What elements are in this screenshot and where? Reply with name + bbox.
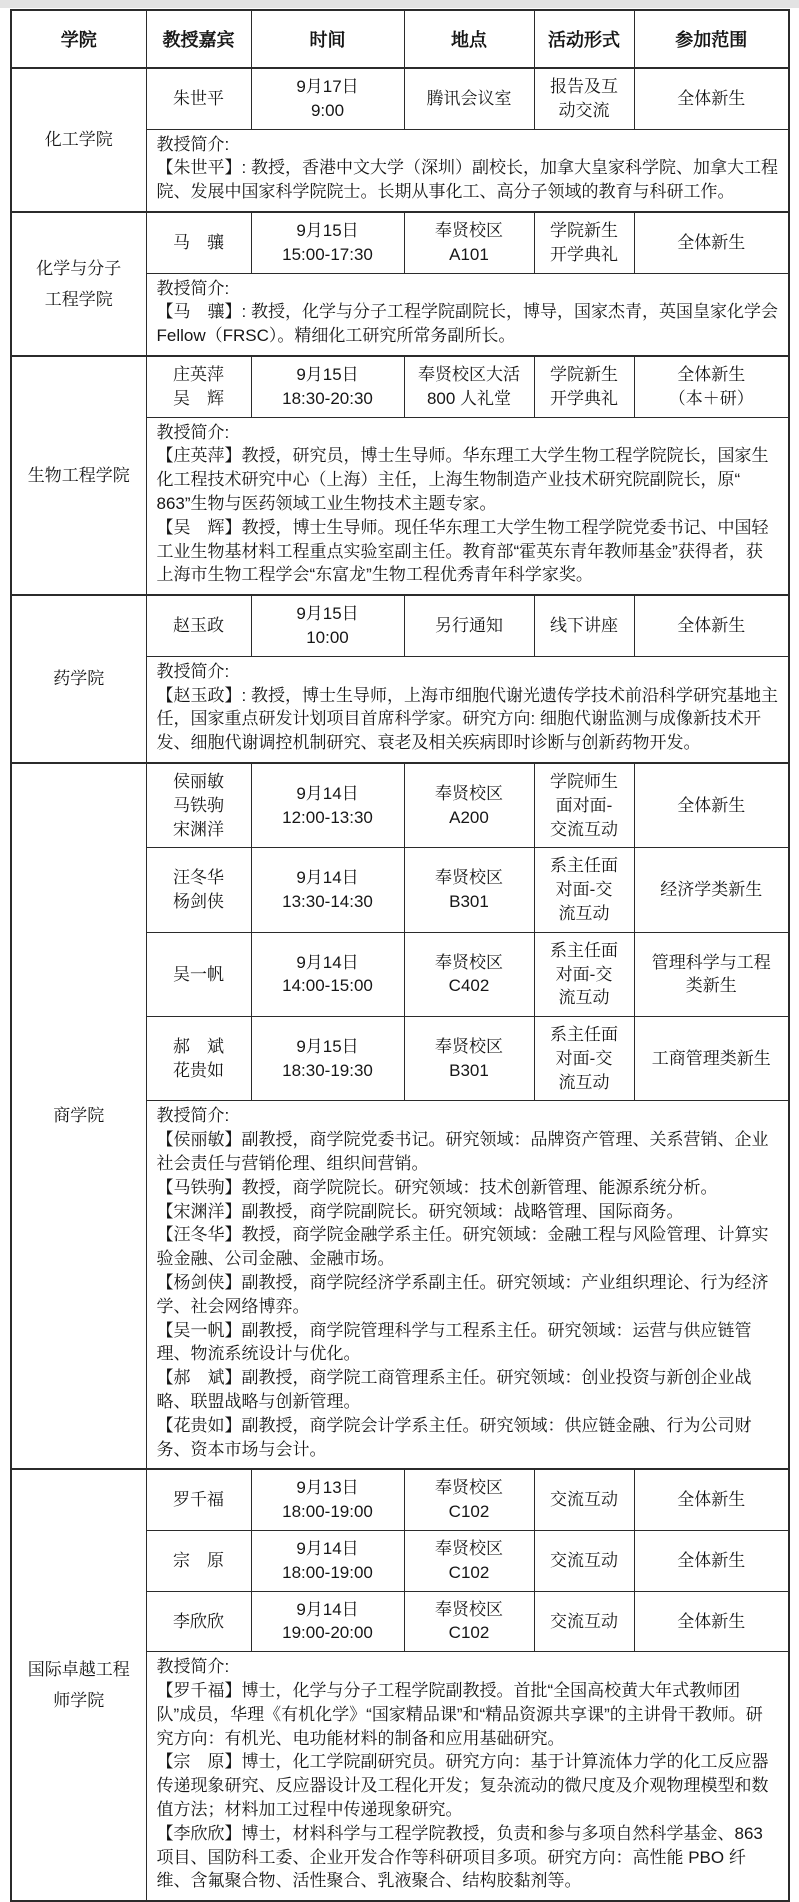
bio-label: 教授简介: [157, 660, 779, 684]
event-row: 国际卓越工程 师学院罗千福9月13日 18:00-19:00奉贤校区 C102交… [11, 1469, 789, 1530]
format-cell: 学院新生 开学典礼 [534, 356, 634, 417]
bio-paragraph: 【宗 原】博士，化工学院副研究员。研究方向：基于计算流体力学的化工反应器传递现象… [157, 1750, 779, 1821]
bio-paragraph: 【宋渊洋】副教授，商学院副院长。研究领域：战略管理、国际商务。 [157, 1200, 779, 1224]
location-cell: 奉贤校区 C102 [404, 1591, 534, 1652]
scope-cell: 全体新生 [634, 1469, 789, 1530]
bio-paragraph: 【庄英萍】教授，研究员，博士生导师。华东理工大学生物工程学院院长，国家生化工程技… [157, 444, 779, 515]
scope-cell: 全体新生 [634, 1591, 789, 1652]
college-cell: 化学与分子 工程学院 [11, 212, 146, 356]
scope-cell: 全体新生 （本＋研） [634, 356, 789, 417]
header-college: 学院 [11, 10, 146, 68]
format-cell: 交流互动 [534, 1591, 634, 1652]
location-cell: 奉贤校区 A101 [404, 212, 534, 273]
bio-label: 教授简介: [157, 421, 779, 445]
bio-label: 教授简介: [157, 1655, 779, 1679]
bio-paragraph: 【杨剑侠】副教授，商学院经济学系副主任。研究领域：产业组织理论、行为经济学、社会… [157, 1271, 779, 1319]
format-cell: 线下讲座 [534, 595, 634, 656]
scope-cell: 工商管理类新生 [634, 1017, 789, 1101]
format-cell: 系主任面 对面-交 流互动 [534, 1017, 634, 1101]
college-cell: 化工学院 [11, 68, 146, 212]
format-cell: 报告及互 动交流 [534, 68, 634, 129]
professor-cell: 马 骧 [146, 212, 251, 273]
format-cell: 学院新生 开学典礼 [534, 212, 634, 273]
format-cell: 学院师生 面对面- 交流互动 [534, 763, 634, 848]
time-cell: 9月14日 13:30-14:30 [251, 848, 404, 932]
college-cell: 商学院 [11, 763, 146, 1470]
time-cell: 9月14日 14:00-15:00 [251, 932, 404, 1016]
header-location: 地点 [404, 10, 534, 68]
professor-cell: 宗 原 [146, 1531, 251, 1592]
time-cell: 9月13日 18:00-19:00 [251, 1469, 404, 1530]
college-cell: 药学院 [11, 595, 146, 763]
format-cell: 交流互动 [534, 1531, 634, 1592]
professor-cell: 庄英萍 吴 辉 [146, 356, 251, 417]
college-cell: 生物工程学院 [11, 356, 146, 595]
bio-paragraph: 【花贵如】副教授，商学院会计学系主任。研究领域：供应链金融、行为公司财务、资本市… [157, 1414, 779, 1462]
scope-cell: 全体新生 [634, 763, 789, 848]
bio-label: 教授简介: [157, 1104, 779, 1128]
format-cell: 系主任面 对面-交 流互动 [534, 932, 634, 1016]
header-format: 活动形式 [534, 10, 634, 68]
bio-cell: 教授简介:【马 骧】: 教授，化学与分子工程学院副院长，博导，国家杰青，英国皇家… [146, 273, 789, 356]
scope-cell: 管理科学与工程 类新生 [634, 932, 789, 1016]
bio-label: 教授简介: [157, 277, 779, 301]
college-cell: 国际卓越工程 师学院 [11, 1469, 146, 1901]
header-professor: 教授嘉宾 [146, 10, 251, 68]
event-row: 商学院侯丽敏 马铁驹 宋渊洋9月14日 12:00-13:30奉贤校区 A200… [11, 763, 789, 848]
time-cell: 9月15日 15:00-17:30 [251, 212, 404, 273]
bio-paragraph: 【罗千福】博士，化学与分子工程学院副教授。首批“全国高校黄大年式教师团队”成员，… [157, 1679, 779, 1750]
bio-paragraph: 【吴 辉】教授，博士生导师。现任华东理工大学生物工程学院党委书记、中国轻工业生物… [157, 516, 779, 587]
bio-cell: 教授简介:【赵玉政】: 教授，博士生导师，上海市细胞代谢光遗传学技术前沿科学研究… [146, 656, 789, 763]
orientation-schedule-table: 学院 教授嘉宾 时间 地点 活动形式 参加范围 化工学院朱世平9月17日 9:0… [10, 9, 790, 1902]
location-cell: 奉贤校区 B301 [404, 848, 534, 932]
scope-cell: 全体新生 [634, 1531, 789, 1592]
time-cell: 9月15日 18:30-20:30 [251, 356, 404, 417]
professor-cell: 郝 斌 花贵如 [146, 1017, 251, 1101]
professor-cell: 汪冬华 杨剑侠 [146, 848, 251, 932]
bio-paragraph: 【马 骧】: 教授，化学与分子工程学院副院长，博导，国家杰青，英国皇家化学会 F… [157, 300, 779, 348]
bio-paragraph: 【赵玉政】: 教授，博士生导师，上海市细胞代谢光遗传学技术前沿科学研究基地主任，… [157, 684, 779, 755]
professor-cell: 李欣欣 [146, 1591, 251, 1652]
bio-paragraph: 【郝 斌】副教授，商学院工商管理系主任。研究领域：创业投资与新创企业战略、联盟战… [157, 1366, 779, 1414]
scope-cell: 全体新生 [634, 68, 789, 129]
location-cell: 奉贤校区 C102 [404, 1469, 534, 1530]
header-scope: 参加范围 [634, 10, 789, 68]
professor-cell: 朱世平 [146, 68, 251, 129]
event-row: 药学院赵玉政9月15日 10:00另行通知线下讲座全体新生 [11, 595, 789, 656]
location-cell: 腾讯会议室 [404, 68, 534, 129]
time-cell: 9月14日 18:00-19:00 [251, 1531, 404, 1592]
scope-cell: 经济学类新生 [634, 848, 789, 932]
bio-paragraph: 【李欣欣】博士，材料科学与工程学院教授，负责和参与多项自然科学基金、863 项目… [157, 1822, 779, 1893]
bio-paragraph: 【侯丽敏】副教授，商学院党委书记。研究领域：品牌资产管理、关系营销、企业社会责任… [157, 1128, 779, 1176]
time-cell: 9月14日 19:00-20:00 [251, 1591, 404, 1652]
header-time: 时间 [251, 10, 404, 68]
bio-paragraph: 【汪冬华】教授，商学院金融学系主任。研究领域：金融工程与风险管理、计算实验金融、… [157, 1223, 779, 1271]
location-cell: 奉贤校区 C102 [404, 1531, 534, 1592]
event-row: 化学与分子 工程学院马 骧9月15日 15:00-17:30奉贤校区 A101学… [11, 212, 789, 273]
event-row: 生物工程学院庄英萍 吴 辉9月15日 18:30-20:30奉贤校区大活 800… [11, 356, 789, 417]
location-cell: 奉贤校区 C402 [404, 932, 534, 1016]
bio-paragraph: 【朱世平】: 教授，香港中文大学（深圳）副校长，加拿大皇家科学院、加拿大工程院、… [157, 156, 779, 204]
professor-cell: 吴一帆 [146, 932, 251, 1016]
format-cell: 交流互动 [534, 1469, 634, 1530]
event-row: 化工学院朱世平9月17日 9:00腾讯会议室报告及互 动交流全体新生 [11, 68, 789, 129]
location-cell: 奉贤校区 B301 [404, 1017, 534, 1101]
location-cell: 另行通知 [404, 595, 534, 656]
scope-cell: 全体新生 [634, 212, 789, 273]
bio-cell: 教授简介:【朱世平】: 教授，香港中文大学（深圳）副校长，加拿大皇家科学院、加拿… [146, 129, 789, 212]
bio-cell: 教授简介:【侯丽敏】副教授，商学院党委书记。研究领域：品牌资产管理、关系营销、企… [146, 1101, 789, 1469]
location-cell: 奉贤校区大活 800 人礼堂 [404, 356, 534, 417]
time-cell: 9月14日 12:00-13:30 [251, 763, 404, 848]
bio-label: 教授简介: [157, 133, 779, 157]
time-cell: 9月15日 10:00 [251, 595, 404, 656]
bio-paragraph: 【吴一帆】副教授，商学院管理科学与工程系主任。研究领域：运营与供应链管理、物流系… [157, 1319, 779, 1367]
bio-paragraph: 【马铁驹】教授，商学院院长。研究领域：技术创新管理、能源系统分析。 [157, 1176, 779, 1200]
professor-cell: 罗千福 [146, 1469, 251, 1530]
time-cell: 9月15日 18:30-19:30 [251, 1017, 404, 1101]
time-cell: 9月17日 9:00 [251, 68, 404, 129]
bio-cell: 教授简介:【罗千福】博士，化学与分子工程学院副教授。首批“全国高校黄大年式教师团… [146, 1652, 789, 1901]
scope-cell: 全体新生 [634, 595, 789, 656]
format-cell: 系主任面 对面-交 流互动 [534, 848, 634, 932]
bio-cell: 教授简介:【庄英萍】教授，研究员，博士生导师。华东理工大学生物工程学院院长，国家… [146, 417, 789, 595]
professor-cell: 侯丽敏 马铁驹 宋渊洋 [146, 763, 251, 848]
header-row: 学院 教授嘉宾 时间 地点 活动形式 参加范围 [11, 10, 789, 68]
top-edge-strip [0, 0, 799, 8]
professor-cell: 赵玉政 [146, 595, 251, 656]
location-cell: 奉贤校区 A200 [404, 763, 534, 848]
